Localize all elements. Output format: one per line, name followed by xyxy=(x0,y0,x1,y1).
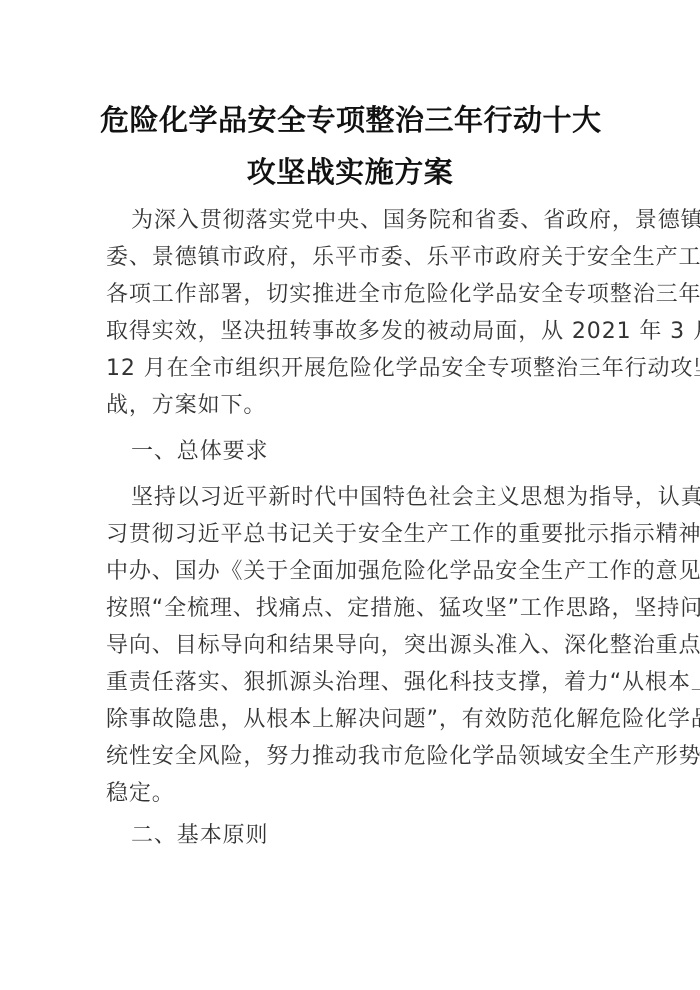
paragraph-line: 战，方案如下。 xyxy=(106,393,598,419)
paragraph-line: 取得实效，坚决扭转事故多发的被动局面，从 2021 年 3 月至 xyxy=(106,319,598,345)
section-heading-basic-principles: 二、基本原则 xyxy=(131,823,623,849)
document-page: 危险化学品安全专项整治三年行动十大 攻坚战实施方案 为深入贯彻落实党中央、国务院… xyxy=(0,0,700,990)
paragraph-line: 为深入贯彻落实党中央、国务院和省委、省政府，景德镇市 xyxy=(131,208,623,234)
paragraph-line: 中办、国办《关于全面加强危险化学品安全生产工作的意见》， xyxy=(106,559,598,585)
paragraph-line: 坚持以习近平新时代中国特色社会主义思想为指导，认真学 xyxy=(131,485,623,511)
paragraph-line: 习贯彻习近平总书记关于安全生产工作的重要批示指示精神和 xyxy=(106,522,598,548)
paragraph-line: 稳定。 xyxy=(106,781,598,807)
section-heading-general-requirements: 一、总体要求 xyxy=(131,439,623,465)
paragraph-line: 统性安全风险，努力推动我市危险化学品领域安全生产形势持续 xyxy=(106,744,598,770)
paragraph-line: 委、景德镇市政府，乐平市委、乐平市政府关于安全生产工作的 xyxy=(106,245,598,271)
paragraph-line: 按照“全梳理、找痛点、定措施、猛攻坚”工作思路，坚持问题 xyxy=(106,596,598,622)
document-title-line-1: 危险化学品安全专项整治三年行动十大 xyxy=(100,98,600,139)
paragraph-line: 除事故隐患，从根本上解决问题”，有效防范化解危险化学品系 xyxy=(106,707,598,733)
paragraph-line: 各项工作部署，切实推进全市危险化学品安全专项整治三年行动 xyxy=(106,282,598,308)
document-title-line-2: 攻坚战实施方案 xyxy=(100,150,600,191)
paragraph-line: 重责任落实、狠抓源头治理、强化科技支撑，着力“从根本上消 xyxy=(106,670,598,696)
paragraph-line: 导向、目标导向和结果导向，突出源头准入、深化整治重点、注 xyxy=(106,633,598,659)
paragraph-line: 12 月在全市组织开展危险化学品安全专项整治三年行动攻坚 xyxy=(106,356,598,382)
